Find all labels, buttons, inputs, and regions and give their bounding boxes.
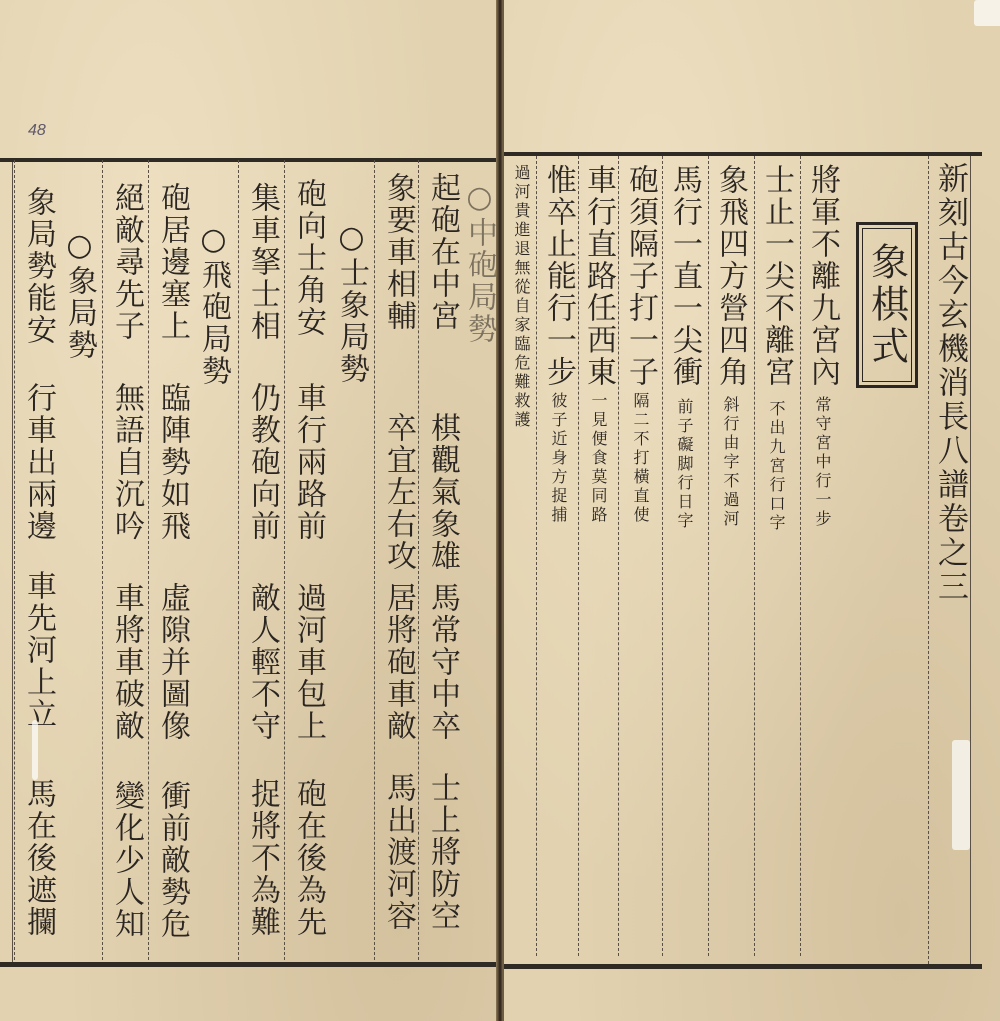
verse-column: 絕敵尋先子 無語自沉吟 車將車破敵 變化少人知 bbox=[102, 160, 148, 960]
section-title-box: 象棋式 bbox=[856, 222, 918, 388]
section-heading-zhongpao: ○中砲局勢 bbox=[462, 180, 496, 345]
verse-column: 集車拏士相 仍教砲向前 敵人輕不守 捉將不為難 bbox=[238, 160, 284, 960]
folio-number: 48 bbox=[28, 122, 46, 140]
paper-damage bbox=[974, 0, 1000, 26]
running-title-column: 新刻古今玄機消長八譜卷之三 bbox=[928, 156, 968, 964]
section-heading-feipao: ○飛砲局勢 bbox=[196, 222, 230, 387]
rule-column-horse: 馬行一直一尖衝 前子礙脚行日字 bbox=[662, 156, 708, 956]
rule-column-elephant: 象飛四方營四角 斜行由字不過河 bbox=[708, 156, 754, 956]
rule-column-general: 將軍不離九宮內 常守宮中行一步 bbox=[800, 156, 846, 956]
verse-column: 砲向士角安 車行兩路前 過河車包上 砲在後為先 bbox=[284, 160, 330, 960]
verse-column: 象局勢能安 行車出兩邊 車先河上立 馬在後遮攔 bbox=[14, 160, 60, 960]
rule-column-advisor: 士止一尖不離宮 不出九宮行口字 bbox=[754, 156, 800, 956]
section-title: 象棋式 bbox=[860, 242, 915, 368]
frame-bottom-border bbox=[0, 962, 496, 967]
section-heading-shixiang: ○士象局勢 bbox=[334, 220, 368, 385]
left-page: 48 ○中砲局勢 起砲在中宮 棋觀氣象雄 馬常守中卒 士上將防空 象要車相輔 卒… bbox=[0, 0, 500, 1021]
section-heading-xiang: ○象局勢 bbox=[62, 228, 96, 361]
rule-column-cannon: 砲須隔子打一子 隔二不打橫直使 bbox=[618, 156, 662, 956]
rule-column-soldier: 惟卒止能行一步 彼子近身方捉捕 bbox=[536, 156, 578, 956]
rule-column-soldier-note: 過河貴進退無從自家臨危難救護 bbox=[506, 156, 536, 956]
verse-column: 砲居邊塞上 臨陣勢如飛 虛隙并圖像 衝前敵勢危 bbox=[148, 160, 194, 960]
paper-damage bbox=[32, 720, 38, 780]
frame-bottom-border bbox=[504, 964, 982, 969]
verse-column: 象要車相輔 卒宜左右攻 居將砲車敵 馬出渡河容 bbox=[374, 160, 418, 960]
running-title: 新刻古今玄機消長八譜卷之三 bbox=[933, 162, 967, 604]
verse-column: 起砲在中宮 棋觀氣象雄 馬常守中卒 士上將防空 bbox=[418, 160, 462, 960]
rule-column-chariot: 車行直路任西東 一見便食莫同路 bbox=[578, 156, 618, 956]
